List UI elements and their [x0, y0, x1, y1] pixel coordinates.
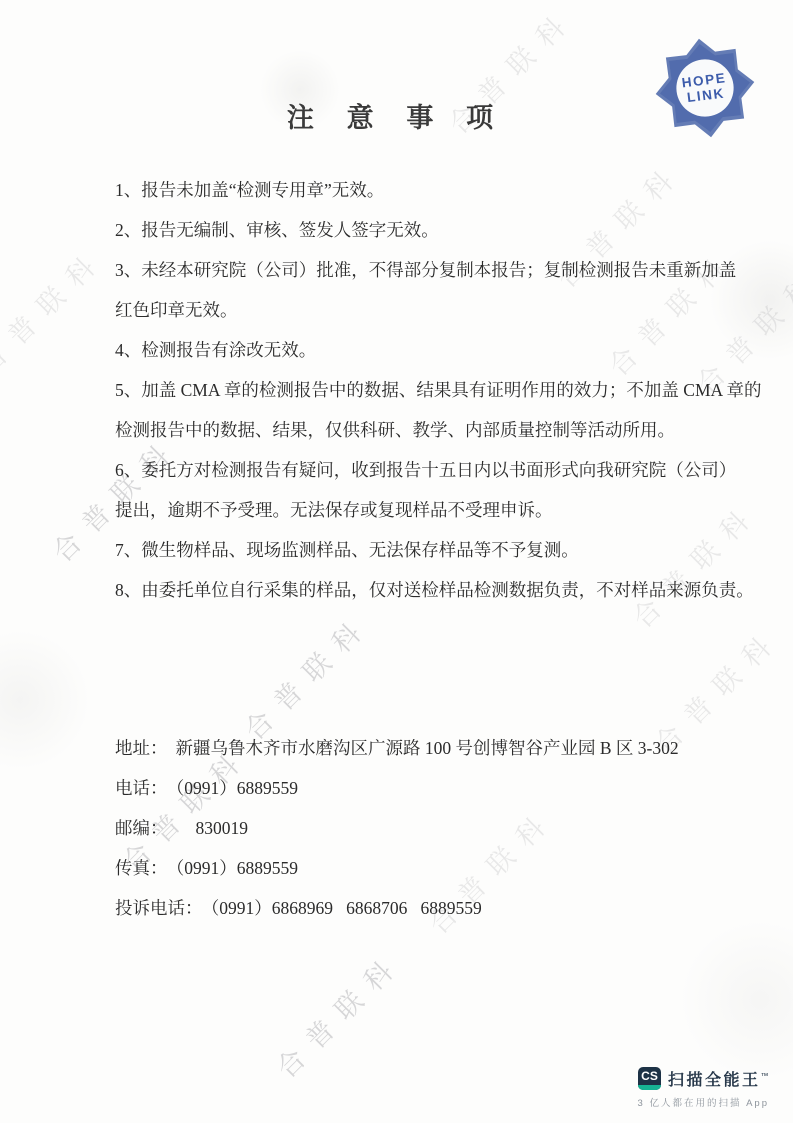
seal-text-line1: HOPE — [681, 70, 727, 90]
scanner-app-badge: CS 扫描全能王™ 3 亿人都在用的扫描 App — [638, 1067, 769, 1109]
notice-line: 3、未经本研究院（公司）批准，不得部分复制本报告；复制检测报告未重新加盖 — [115, 250, 777, 290]
notice-line: 8、由委托单位自行采集的样品，仅对送检样品检测数据负责，不对样品来源负责。 — [115, 570, 777, 610]
scanner-badge-top: CS 扫描全能王™ — [638, 1067, 769, 1090]
scanner-tagline: 3 亿人都在用的扫描 App — [638, 1095, 769, 1109]
address-value: 新疆乌鲁木齐市水磨沟区广源路 100 号创博智谷产业园 B 区 3-302 — [176, 738, 679, 758]
zip-label: 邮编： — [115, 818, 168, 838]
notice-line: 红色印章无效。 — [115, 290, 777, 330]
contact-row-phone: 电话：（0991）6889559 — [115, 768, 765, 808]
phone-label: 电话： — [115, 778, 168, 798]
camscanner-icon-label: CS — [641, 1067, 658, 1085]
address-label: 地址： — [115, 738, 168, 758]
notice-line: 提出，逾期不予受理。无法保存或复现样品不受理申诉。 — [115, 490, 777, 530]
scanned-notice-page: { "page": { "title": "注 意 事 项" }, "water… — [0, 0, 793, 1123]
camscanner-icon-accent-bar — [638, 1085, 661, 1090]
contact-row-fax: 传真：（0991）6889559 — [115, 848, 765, 888]
contact-row-complaint-phone: 投诉电话：（0991）6868969 6868706 6889559 — [115, 888, 765, 928]
scanner-app-name: 扫描全能王™ — [668, 1067, 769, 1090]
fax-value: （0991）6889559 — [176, 858, 299, 878]
trademark-mark: ™ — [761, 1072, 769, 1081]
notice-line: 4、检测报告有涂改无效。 — [115, 330, 777, 370]
watermark-text: 合普联科 — [234, 604, 378, 748]
notice-line: 5、加盖 CMA 章的检测报告中的数据、结果具有证明作用的效力；不加盖 CMA … — [115, 370, 777, 410]
zip-value: 830019 — [196, 818, 249, 838]
notice-line: 检测报告中的数据、结果，仅供科研、教学、内部质量控制等活动所用。 — [115, 410, 777, 450]
notice-line: 6、委托方对检测报告有疑问，收到报告十五日内以书面形式向我研究院（公司） — [115, 450, 777, 490]
complaint-phone-value: （0991）6868969 6868706 6889559 — [211, 898, 482, 918]
watermark-text: 合普联科 — [0, 238, 112, 382]
contact-row-zip: 邮编：830019 — [115, 808, 765, 848]
phone-value: （0991）6889559 — [176, 778, 299, 798]
notice-list: 1、报告未加盖“检测专用章”无效。 2、报告无编制、审核、签发人签字无效。 3、… — [115, 170, 777, 610]
contact-block: 地址：新疆乌鲁木齐市水磨沟区广源路 100 号创博智谷产业园 B 区 3-302… — [115, 728, 765, 928]
contact-row-address: 地址：新疆乌鲁木齐市水磨沟区广源路 100 号创博智谷产业园 B 区 3-302 — [115, 728, 765, 768]
watermark-text: 合普联科 — [266, 942, 410, 1086]
notice-line: 1、报告未加盖“检测专用章”无效。 — [115, 170, 777, 210]
notice-line: 7、微生物样品、现场监测样品、无法保存样品等不予复测。 — [115, 530, 777, 570]
notice-line: 2、报告无编制、审核、签发人签字无效。 — [115, 210, 777, 250]
scanner-app-name-text: 扫描全能王 — [668, 1072, 761, 1089]
complaint-phone-label: 投诉电话： — [115, 898, 203, 918]
page-title: 注 意 事 项 — [0, 96, 793, 135]
camscanner-icon: CS — [638, 1067, 661, 1090]
fax-label: 传真： — [115, 858, 168, 878]
